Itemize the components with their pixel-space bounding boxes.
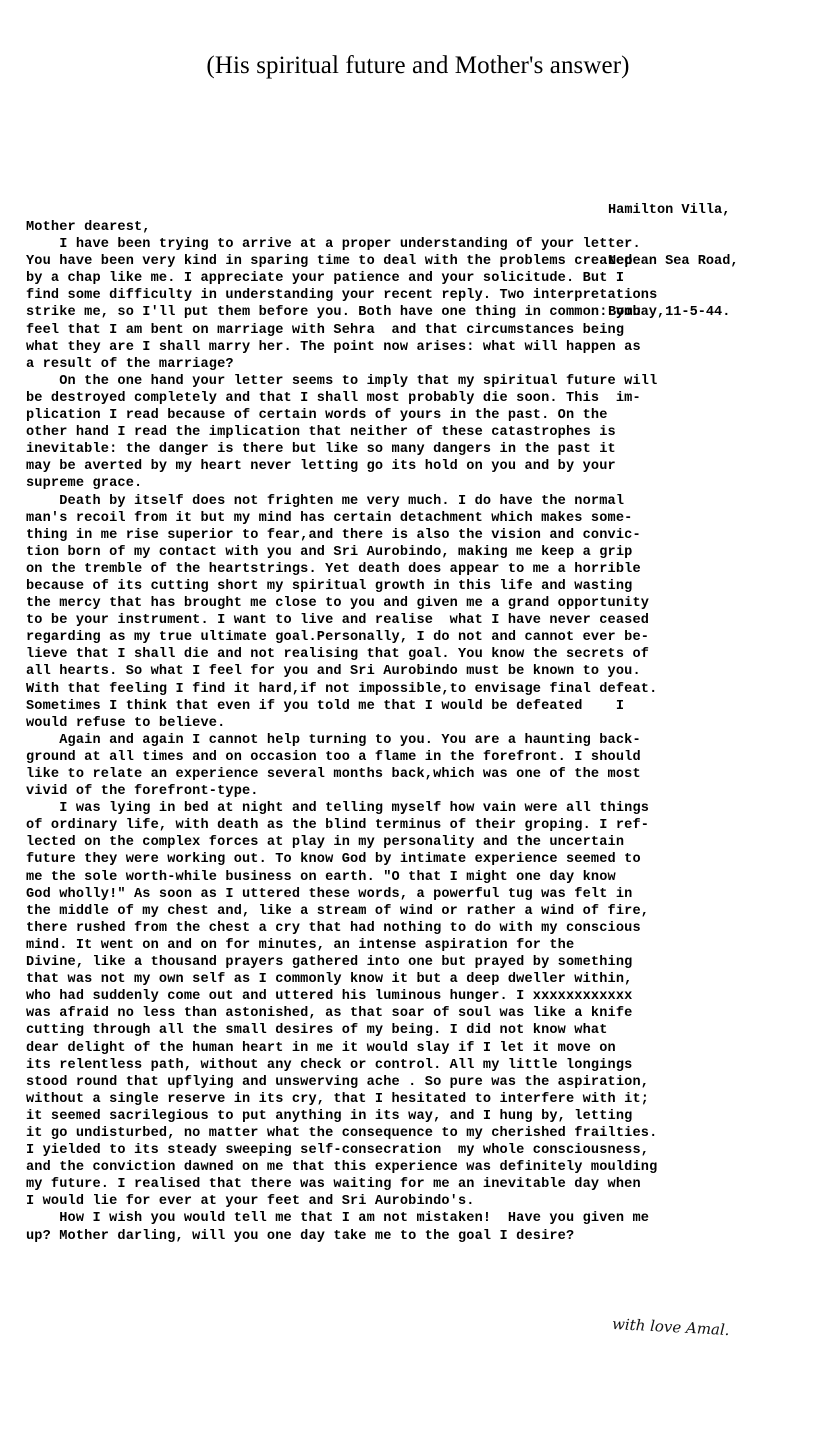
letter-line: inevitable: the danger is there but like… (26, 441, 826, 458)
letter-line: be destroyed completely and that I shall… (26, 390, 826, 407)
letter-line: I was lying in bed at night and telling … (26, 800, 826, 817)
letter-line: thing in me rise superior to fear,and th… (26, 527, 826, 544)
letter-line: by a chap like me. I appreciate your pat… (26, 270, 826, 287)
letter-line: like to relate an experience several mon… (26, 766, 826, 783)
letter-line: future they were working out. To know Go… (26, 851, 826, 868)
letter-line: was afraid no less than astonished, as t… (26, 1005, 826, 1022)
letter-line: it go undisturbed, no matter what the co… (26, 1125, 826, 1142)
handwritten-signature: with love Amal. (612, 1315, 730, 1339)
letter-line: mind. It went on and on for minutes, an … (26, 937, 826, 954)
letter-line: the mercy that has brought me close to y… (26, 595, 826, 612)
letter-line: On the one hand your letter seems to imp… (26, 373, 826, 390)
letter-line: regarding as my true ultimate goal.Perso… (26, 629, 826, 646)
letter-line: stood round that upflying and unswerving… (26, 1074, 826, 1091)
letter-line: strike me, so I'll put them before you. … (26, 304, 826, 321)
letter-line: vivid of the forefront-type. (26, 783, 826, 800)
letter-line: Death by itself does not frighten me ver… (26, 493, 826, 510)
letter-line: the middle of my chest and, like a strea… (26, 903, 826, 920)
letter-line: may be averted by my heart never letting… (26, 458, 826, 475)
letter-line: God wholly!" As soon as I uttered these … (26, 886, 826, 903)
letter-line: You have been very kind in sparing time … (26, 253, 826, 270)
letter-line: man's recoil from it but my mind has cer… (26, 510, 826, 527)
letter-line: ground at all times and on occasion too … (26, 749, 826, 766)
letter-line: How I wish you would tell me that I am n… (26, 1210, 826, 1227)
letter-line: Again and again I cannot help turning to… (26, 732, 826, 749)
letter-line: lieve that I shall die and not realising… (26, 646, 826, 663)
letter-line: to be your instrument. I want to live an… (26, 612, 826, 629)
letter-line: that was not my own self as I commonly k… (26, 971, 826, 988)
letter-line: it seemed sacrilegious to put anything i… (26, 1108, 826, 1125)
letter-line: its relentless path, without any check o… (26, 1057, 826, 1074)
letter-line: of ordinary life, with death as the blin… (26, 817, 826, 834)
letter-line: other hand I read the implication that n… (26, 424, 826, 441)
letter-line: feel that I am bent on marriage with Seh… (26, 322, 826, 339)
letter-line: lected on the complex forces at play in … (26, 834, 826, 851)
letter-line: I have been trying to arrive at a proper… (26, 236, 826, 253)
letter-line: tion born of my contact with you and Sri… (26, 544, 826, 561)
letter-line: find some difficulty in understanding yo… (26, 287, 826, 304)
letter-line: up? Mother darling, will you one day tak… (26, 1228, 826, 1245)
letter-line: I would lie for ever at your feet and Sr… (26, 1193, 826, 1210)
address-line: Hamilton Villa, (608, 202, 739, 219)
letter-line: what they are I shall marry her. The poi… (26, 339, 826, 356)
letter-line: my future. I realised that there was wai… (26, 1176, 826, 1193)
letter-line: who had suddenly come out and uttered hi… (26, 988, 826, 1005)
letter-line: because of its cutting short my spiritua… (26, 578, 826, 595)
letter-line: Divine, like a thousand prayers gathered… (26, 954, 826, 971)
letter-line: me the sole worth-while business on eart… (26, 869, 826, 886)
letter-line: all hearts. So what I feel for you and S… (26, 663, 826, 680)
letter-line: supreme grace. (26, 475, 826, 492)
letter-line: there rushed from the chest a cry that h… (26, 920, 826, 937)
letter-line: I yielded to its steady sweeping self-co… (26, 1142, 826, 1159)
letter-line: and the conviction dawned on me that thi… (26, 1159, 826, 1176)
letter-line: With that feeling I find it hard,if not … (26, 681, 826, 698)
letter-line: Mother dearest, (26, 219, 826, 236)
letter-line: without a single reserve in its cry, tha… (26, 1091, 826, 1108)
letter-line: plication I read because of certain word… (26, 407, 826, 424)
letter-body: Mother dearest, I have been trying to ar… (26, 219, 826, 1245)
letter-line: dear delight of the human heart in me it… (26, 1040, 826, 1057)
letter-line: on the tremble of the heartstrings. Yet … (26, 561, 826, 578)
letter-line: Sometimes I think that even if you told … (26, 698, 826, 715)
letter-line: would refuse to believe. (26, 715, 826, 732)
letter-line: cutting through all the small desires of… (26, 1022, 826, 1039)
page-title: (His spiritual future and Mother's answe… (0, 52, 836, 80)
letter-line: a result of the marriage? (26, 356, 826, 373)
